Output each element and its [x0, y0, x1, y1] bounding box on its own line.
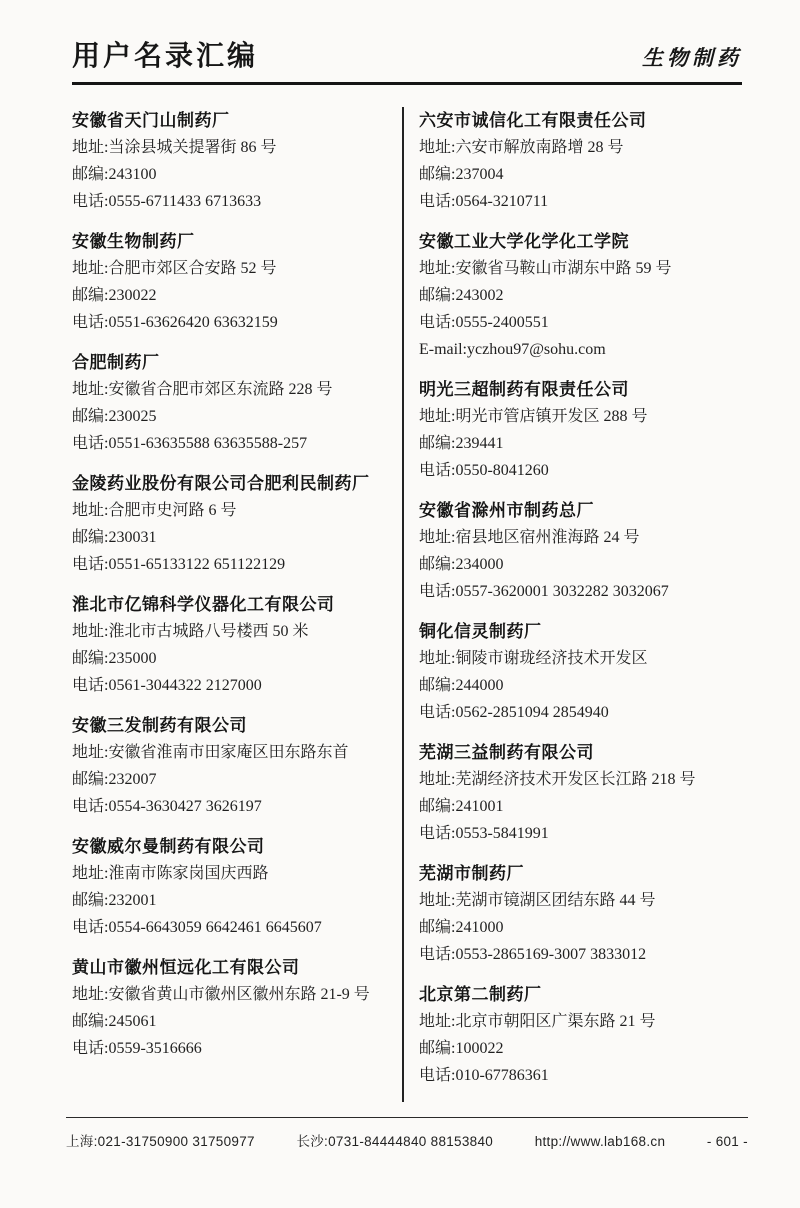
- entry-detail-line: 邮编:234000: [419, 551, 742, 578]
- page-title: 用户名录汇编: [72, 34, 258, 74]
- entry-detail-line: 地址:合肥市史河路 6 号: [72, 497, 398, 524]
- company-name: 黄山市徽州恒远化工有限公司: [72, 954, 398, 981]
- directory-entry: 芜湖三益制药有限公司地址:芜湖经济技术开发区长江路 218 号邮编:241001…: [419, 739, 742, 847]
- entry-detail-line: 电话:0553-2865169-3007 3833012: [419, 941, 742, 968]
- entry-detail-line: 邮编:230025: [72, 403, 398, 430]
- page-footer: 上海:021-31750900 31750977 长沙:0731-8444484…: [0, 1117, 800, 1151]
- directory-entry: 安徽三发制药有限公司地址:安徽省淮南市田家庵区田东路东首邮编:232007电话:…: [72, 712, 398, 820]
- entry-detail-line: 地址:宿县地区宿州淮海路 24 号: [419, 524, 742, 551]
- entry-detail-line: 电话:010-67786361: [419, 1062, 742, 1089]
- entry-detail-line: 地址:安徽省马鞍山市湖东中路 59 号: [419, 255, 742, 282]
- entry-detail-line: 地址:六安市解放南路增 28 号: [419, 134, 742, 161]
- section-title: 生物制药: [642, 42, 742, 74]
- entry-detail-line: 邮编:230022: [72, 282, 398, 309]
- entry-detail-line: 邮编:232001: [72, 887, 398, 914]
- directory-entry: 安徽生物制药厂地址:合肥市郊区合安路 52 号邮编:230022电话:0551-…: [72, 228, 398, 336]
- entry-detail-line: 地址:明光市管店镇开发区 288 号: [419, 403, 742, 430]
- directory-entry: 安徽省天门山制药厂地址:当涂县城关提署街 86 号邮编:243100电话:055…: [72, 107, 398, 215]
- directory-columns: 安徽省天门山制药厂地址:当涂县城关提署街 86 号邮编:243100电话:055…: [72, 107, 742, 1102]
- entry-detail-line: 电话:0561-3044322 2127000: [72, 672, 398, 699]
- entry-detail-line: 电话:0562-2851094 2854940: [419, 699, 742, 726]
- entry-detail-line: E-mail:yczhou97@sohu.com: [419, 336, 742, 363]
- entry-detail-line: 电话:0557-3620001 3032282 3032067: [419, 578, 742, 605]
- entry-detail-line: 邮编:237004: [419, 161, 742, 188]
- directory-entry: 安徽威尔曼制药有限公司地址:淮南市陈家岗国庆西路邮编:232001电话:0554…: [72, 833, 398, 941]
- company-name: 芜湖市制药厂: [419, 860, 742, 887]
- page-header: 用户名录汇编 生物制药: [72, 34, 742, 74]
- directory-entry: 北京第二制药厂地址:北京市朝阳区广渠东路 21 号邮编:100022电话:010…: [419, 981, 742, 1089]
- directory-entry: 安徽省滁州市制药总厂地址:宿县地区宿州淮海路 24 号邮编:234000电话:0…: [419, 497, 742, 605]
- entry-detail-line: 地址:合肥市郊区合安路 52 号: [72, 255, 398, 282]
- entry-detail-line: 地址:淮北市古城路八号楼西 50 米: [72, 618, 398, 645]
- directory-entry: 黄山市徽州恒远化工有限公司地址:安徽省黄山市徽州区徽州东路 21-9 号邮编:2…: [72, 954, 398, 1062]
- entry-detail-line: 邮编:100022: [419, 1035, 742, 1062]
- entry-detail-line: 邮编:241000: [419, 914, 742, 941]
- header-rule: [72, 82, 742, 85]
- directory-entry: 六安市诚信化工有限责任公司地址:六安市解放南路增 28 号邮编:237004电话…: [419, 107, 742, 215]
- entry-detail-line: 邮编:244000: [419, 672, 742, 699]
- directory-entry: 安徽工业大学化学化工学院地址:安徽省马鞍山市湖东中路 59 号邮编:243002…: [419, 228, 742, 363]
- directory-entry: 淮北市亿锦科学仪器化工有限公司地址:淮北市古城路八号楼西 50 米邮编:2350…: [72, 591, 398, 699]
- entry-detail-line: 电话:0555-6711433 6713633: [72, 188, 398, 215]
- company-name: 金陵药业股份有限公司合肥利民制药厂: [72, 470, 398, 497]
- entry-detail-line: 电话:0550-8041260: [419, 457, 742, 484]
- company-name: 六安市诚信化工有限责任公司: [419, 107, 742, 134]
- footer-shanghai-phones: 上海:021-31750900 31750977: [66, 1130, 255, 1150]
- entry-detail-line: 地址:芜湖市镜湖区团结东路 44 号: [419, 887, 742, 914]
- company-name: 安徽威尔曼制药有限公司: [72, 833, 398, 860]
- entry-detail-line: 地址:北京市朝阳区广渠东路 21 号: [419, 1008, 742, 1035]
- company-name: 安徽三发制药有限公司: [72, 712, 398, 739]
- company-name: 淮北市亿锦科学仪器化工有限公司: [72, 591, 398, 618]
- directory-column-left: 安徽省天门山制药厂地址:当涂县城关提署街 86 号邮编:243100电话:055…: [72, 107, 398, 1102]
- entry-detail-line: 邮编:232007: [72, 766, 398, 793]
- footer-row: 上海:021-31750900 31750977 长沙:0731-8444484…: [66, 1130, 748, 1150]
- entry-detail-line: 邮编:241001: [419, 793, 742, 820]
- company-name: 明光三超制药有限责任公司: [419, 376, 742, 403]
- entry-detail-line: 地址:安徽省黄山市徽州区徽州东路 21-9 号: [72, 981, 398, 1008]
- entry-detail-line: 邮编:239441: [419, 430, 742, 457]
- entry-detail-line: 地址:淮南市陈家岗国庆西路: [72, 860, 398, 887]
- directory-entry: 铜化信灵制药厂地址:铜陵市谢珑经济技术开发区邮编:244000电话:0562-2…: [419, 618, 742, 726]
- company-name: 北京第二制药厂: [419, 981, 742, 1008]
- footer-rule: [66, 1117, 748, 1119]
- directory-entry: 芜湖市制药厂地址:芜湖市镜湖区团结东路 44 号邮编:241000电话:0553…: [419, 860, 742, 968]
- entry-detail-line: 邮编:235000: [72, 645, 398, 672]
- entry-detail-line: 地址:芜湖经济技术开发区长江路 218 号: [419, 766, 742, 793]
- footer-website: http://www.lab168.cn: [535, 1134, 666, 1149]
- entry-detail-line: 电话:0559-3516666: [72, 1035, 398, 1062]
- entry-detail-line: 地址:安徽省合肥市郊区东流路 228 号: [72, 376, 398, 403]
- company-name: 安徽生物制药厂: [72, 228, 398, 255]
- entry-detail-line: 地址:铜陵市谢珑经济技术开发区: [419, 645, 742, 672]
- entry-detail-line: 电话:0553-5841991: [419, 820, 742, 847]
- entry-detail-line: 电话:0551-65133122 651122129: [72, 551, 398, 578]
- directory-entry: 金陵药业股份有限公司合肥利民制药厂地址:合肥市史河路 6 号邮编:230031电…: [72, 470, 398, 578]
- company-name: 安徽省天门山制药厂: [72, 107, 398, 134]
- entry-detail-line: 邮编:243100: [72, 161, 398, 188]
- directory-entry: 合肥制药厂地址:安徽省合肥市郊区东流路 228 号邮编:230025电话:055…: [72, 349, 398, 457]
- entry-detail-line: 地址:当涂县城关提署街 86 号: [72, 134, 398, 161]
- company-name: 安徽省滁州市制药总厂: [419, 497, 742, 524]
- entry-detail-line: 邮编:230031: [72, 524, 398, 551]
- company-name: 合肥制药厂: [72, 349, 398, 376]
- document-page: 用户名录汇编 生物制药 安徽省天门山制药厂地址:当涂县城关提署街 86 号邮编:…: [0, 0, 800, 1208]
- directory-entry: 明光三超制药有限责任公司地址:明光市管店镇开发区 288 号邮编:239441电…: [419, 376, 742, 484]
- company-name: 安徽工业大学化学化工学院: [419, 228, 742, 255]
- entry-detail-line: 电话:0555-2400551: [419, 309, 742, 336]
- entry-detail-line: 电话:0554-3630427 3626197: [72, 793, 398, 820]
- directory-column-right: 六安市诚信化工有限责任公司地址:六安市解放南路增 28 号邮编:237004电话…: [404, 107, 742, 1102]
- footer-changsha-phones: 长沙:0731-84444840 88153840: [296, 1130, 493, 1150]
- entry-detail-line: 电话:0564-3210711: [419, 188, 742, 215]
- entry-detail-line: 地址:安徽省淮南市田家庵区田东路东首: [72, 739, 398, 766]
- company-name: 芜湖三益制药有限公司: [419, 739, 742, 766]
- page-number: - 601 -: [707, 1134, 748, 1149]
- entry-detail-line: 电话:0551-63635588 63635588-257: [72, 430, 398, 457]
- company-name: 铜化信灵制药厂: [419, 618, 742, 645]
- entry-detail-line: 电话:0554-6643059 6642461 6645607: [72, 914, 398, 941]
- entry-detail-line: 邮编:243002: [419, 282, 742, 309]
- entry-detail-line: 电话:0551-63626420 63632159: [72, 309, 398, 336]
- entry-detail-line: 邮编:245061: [72, 1008, 398, 1035]
